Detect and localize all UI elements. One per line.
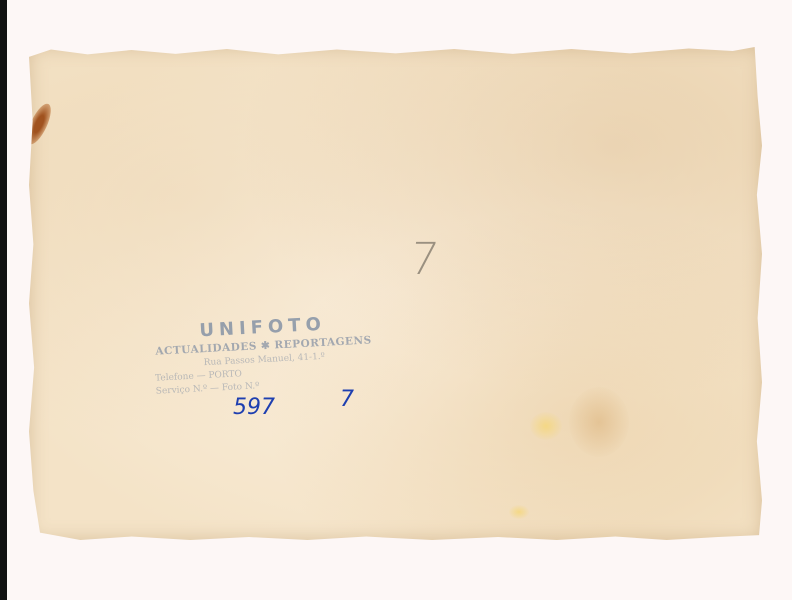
pencil-annotation: 7 xyxy=(406,234,441,285)
rust-stain xyxy=(22,101,55,148)
service-number: 597 xyxy=(233,395,275,420)
scanner-edge xyxy=(0,0,7,600)
photo-number: 7 xyxy=(340,387,354,412)
yellow-stain-small xyxy=(509,505,529,519)
studio-stamp: UNIFOTO ACTUALIDADES ✱ REPORTAGENS Rua P… xyxy=(152,311,376,396)
water-stain xyxy=(569,387,629,457)
photo-card-back: 7 UNIFOTO ACTUALIDADES ✱ REPORTAGENS Rua… xyxy=(29,47,762,540)
yellow-stain xyxy=(530,412,562,440)
